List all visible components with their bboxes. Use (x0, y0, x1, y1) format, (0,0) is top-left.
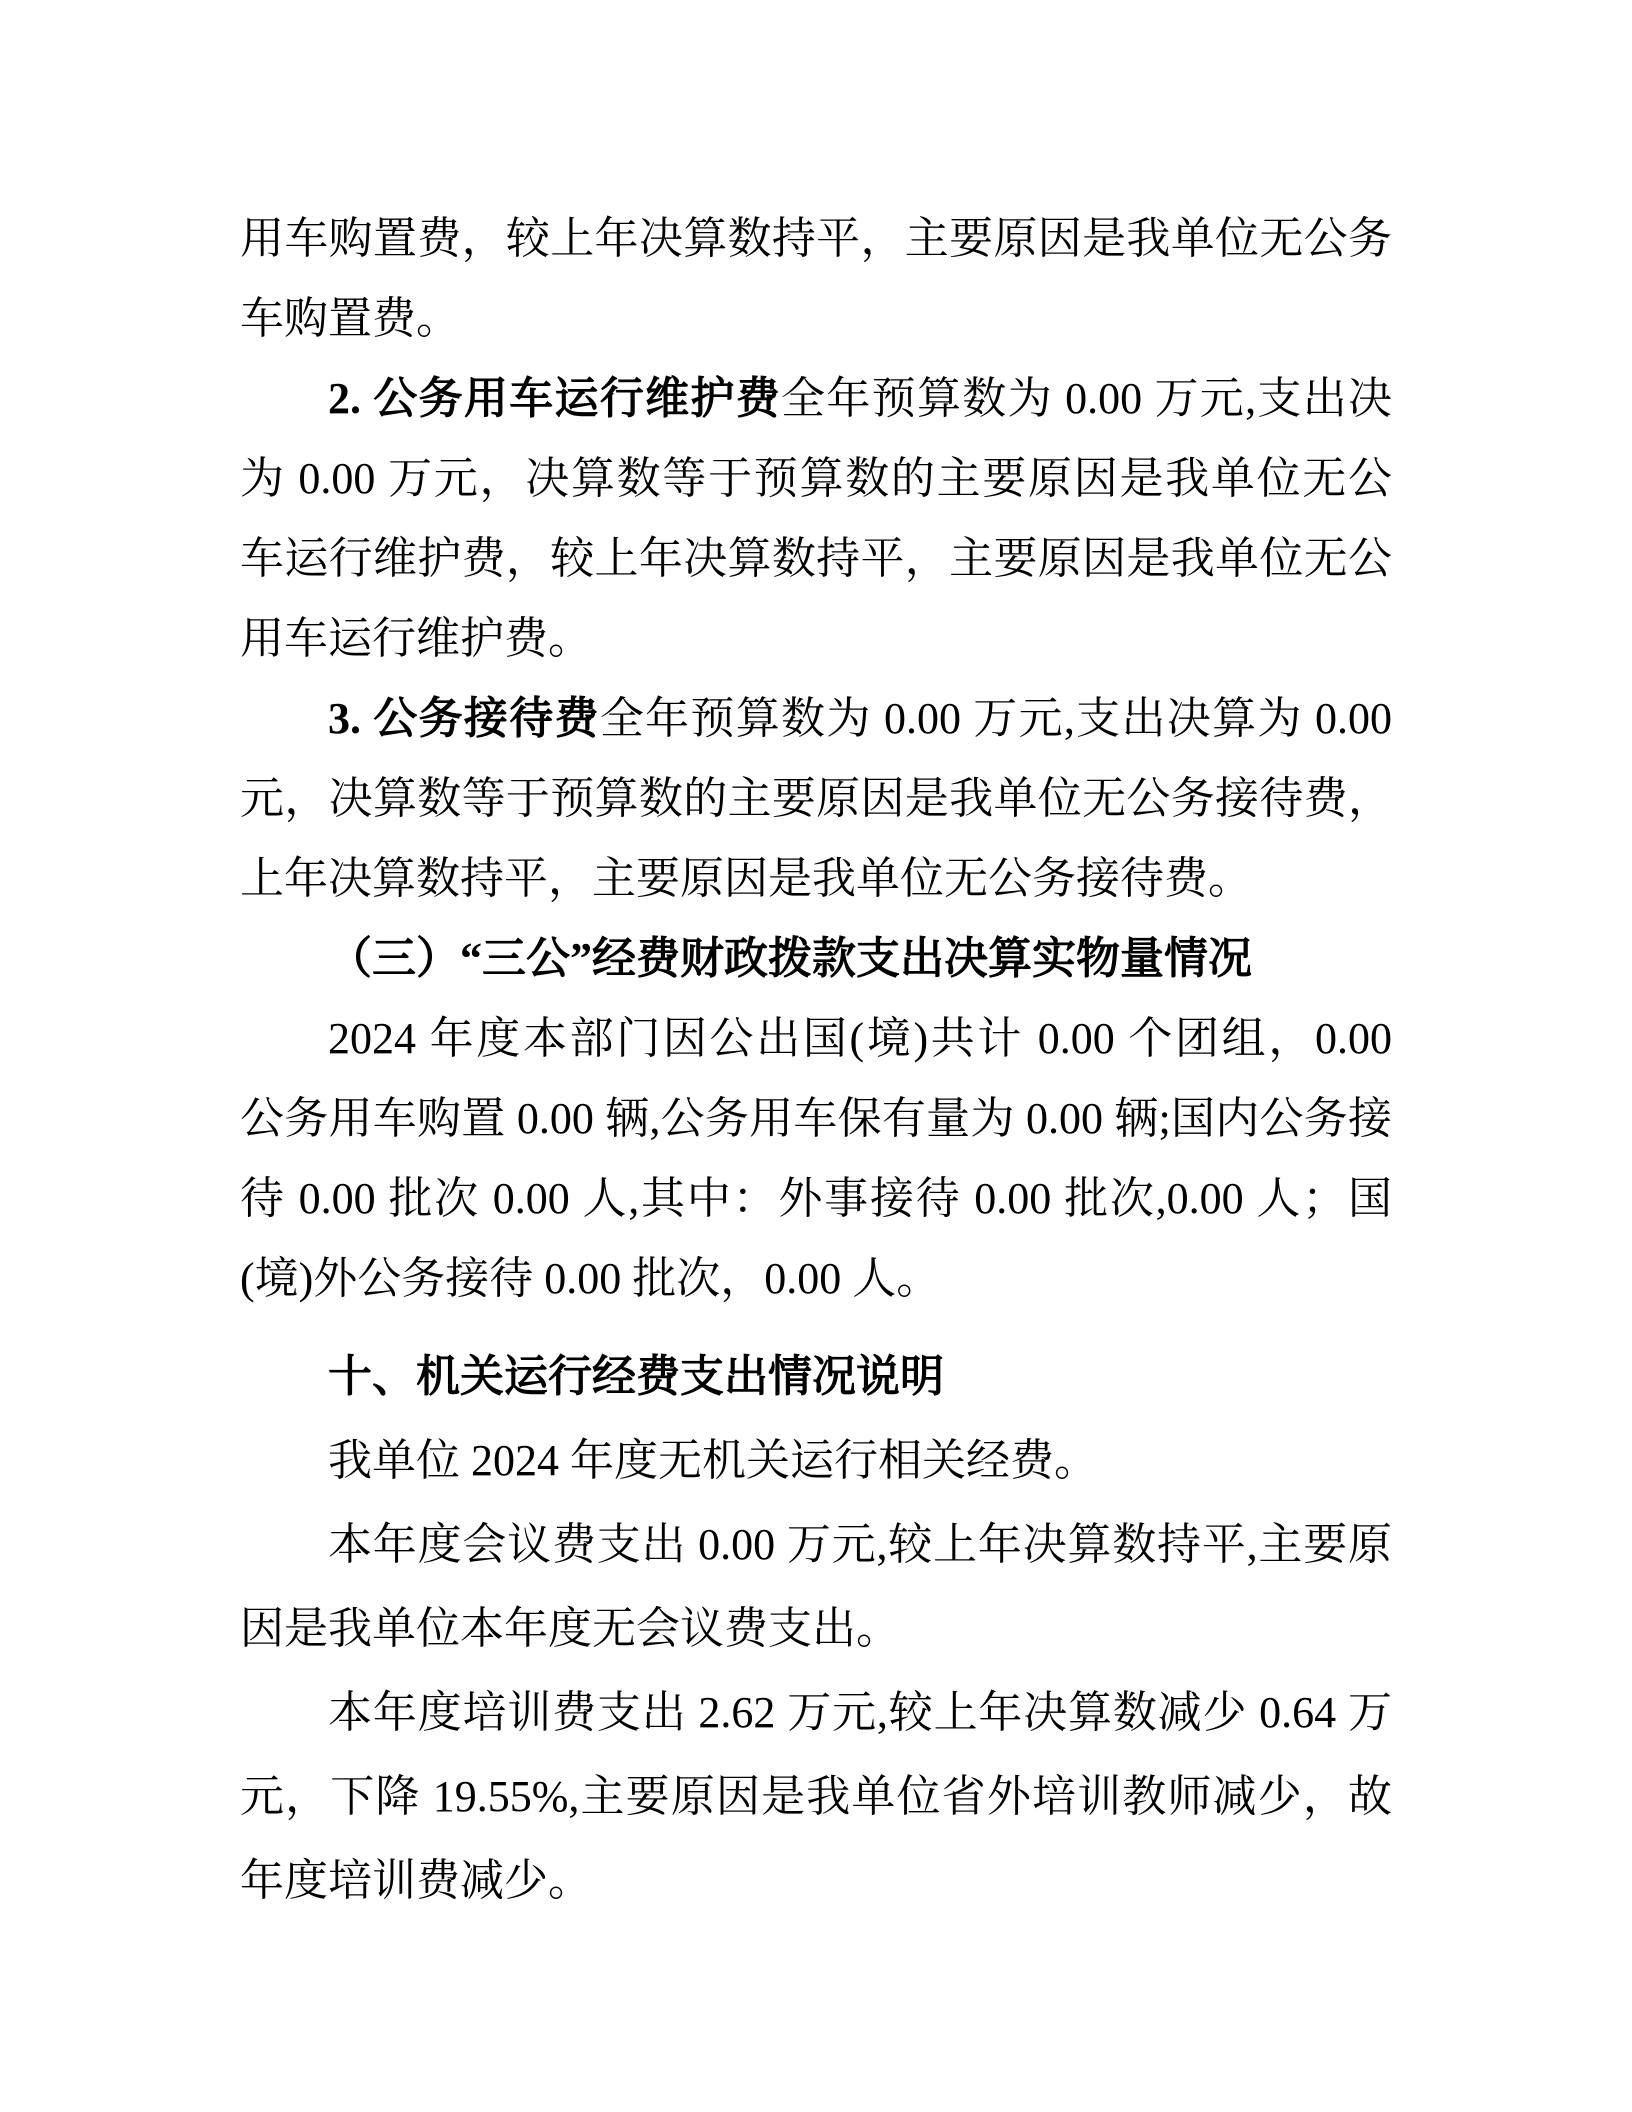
line-text: 本年度培训费支出 2.62 万元,较上年决算数减少 0.64 万 (328, 1688, 1392, 1737)
section-heading-ten: 十、机关运行经费支出情况说明 (240, 1335, 1392, 1419)
line-text: 为 0.00 万元，决算数等于预算数的主要原因是我单位无公务用 (240, 454, 1392, 519)
doc-line: 待 0.00 批次 0.00 人,其中：外事接待 0.00 批次,0.00 人；… (240, 1159, 1392, 1239)
doc-line: 因是我单位本年度无会议费支出。 (240, 1587, 1392, 1671)
bold-run: 3. 公务接待费 (328, 694, 600, 743)
doc-line: 年度培训费减少。 (240, 1839, 1392, 1923)
line-text: 我单位 2024 年度无机关运行相关经费。 (328, 1436, 1098, 1485)
doc-line: (境)外公务接待 0.00 批次，0.00 人。 (240, 1239, 1392, 1319)
text-block: 用车购置费，较上年决算数持平，主要原因是我单位无公务用 车购置费。 2. 公务用… (240, 199, 1392, 1923)
doc-line: 用车运行维护费。 (240, 599, 1392, 679)
line-text: 车购置费。 (240, 294, 460, 343)
doc-line: 公务用车购置 0.00 辆,公务用车保有量为 0.00 辆;国内公务接 (240, 1079, 1392, 1159)
doc-line: 本年度会议费支出 0.00 万元,较上年决算数持平,主要原 (240, 1503, 1392, 1587)
line-text: 十、机关运行经费支出情况说明 (328, 1352, 944, 1401)
line-text: 元，决算数等于预算数的主要原因是我单位无公务接待费，较 (240, 774, 1392, 839)
doc-line: 2024 年度本部门因公出国(境)共计 0.00 个团组，0.00 人； (240, 999, 1392, 1079)
doc-line: 用车购置费，较上年决算数持平，主要原因是我单位无公务用 (240, 199, 1392, 279)
bold-run: 2. 公务用车运行维护费 (328, 374, 781, 423)
section-heading-three: （三）“三公”经费财政拨款支出决算实物量情况 (240, 919, 1392, 999)
doc-line: 本年度培训费支出 2.62 万元,较上年决算数减少 0.64 万 (240, 1671, 1392, 1755)
line-text: 用车购置费，较上年决算数持平，主要原因是我单位无公务用 (240, 214, 1392, 279)
line-text: 因是我单位本年度无会议费支出。 (240, 1604, 900, 1653)
line-text: 上年决算数持平，主要原因是我单位无公务接待费。 (240, 854, 1252, 903)
doc-line: 车运行维护费，较上年决算数持平，主要原因是我单位无公务 (240, 519, 1392, 599)
doc-line: 车购置费。 (240, 279, 1392, 359)
doc-line: 上年决算数持平，主要原因是我单位无公务接待费。 (240, 839, 1392, 919)
doc-line: 为 0.00 万元，决算数等于预算数的主要原因是我单位无公务用 (240, 439, 1392, 519)
line-text: 车运行维护费，较上年决算数持平，主要原因是我单位无公务 (240, 534, 1392, 599)
line-text: 年度培训费减少。 (240, 1856, 592, 1905)
line-text: 公务用车购置 0.00 辆,公务用车保有量为 0.00 辆;国内公务接 (240, 1094, 1392, 1143)
doc-line: 我单位 2024 年度无机关运行相关经费。 (240, 1419, 1392, 1503)
doc-line: 3. 公务接待费全年预算数为 0.00 万元,支出决算为 0.00 万 (240, 679, 1392, 759)
document-page: 用车购置费，较上年决算数持平，主要原因是我单位无公务用 车购置费。 2. 公务用… (0, 0, 1632, 2112)
line-text: （三）“三公”经费财政拨款支出决算实物量情况 (328, 934, 1252, 983)
line-text: (境)外公务接待 0.00 批次，0.00 人。 (240, 1254, 940, 1303)
line-text: 本年度会议费支出 0.00 万元,较上年决算数持平,主要原 (328, 1520, 1392, 1569)
doc-line: 2. 公务用车运行维护费全年预算数为 0.00 万元,支出决算 (240, 359, 1392, 439)
doc-line: 元，决算数等于预算数的主要原因是我单位无公务接待费，较 (240, 759, 1392, 839)
line-text: 用车运行维护费。 (240, 614, 592, 663)
line-text: 2024 年度本部门因公出国(境)共计 0.00 个团组，0.00 人； (240, 1014, 1392, 1079)
line-text: 待 0.00 批次 0.00 人,其中：外事接待 0.00 批次,0.00 人；… (240, 1174, 1392, 1223)
line-text: 元，下降 19.55%,主要原因是我单位省外培训教师减少，故本 (240, 1772, 1392, 1839)
doc-line: 元，下降 19.55%,主要原因是我单位省外培训教师减少，故本 (240, 1755, 1392, 1839)
